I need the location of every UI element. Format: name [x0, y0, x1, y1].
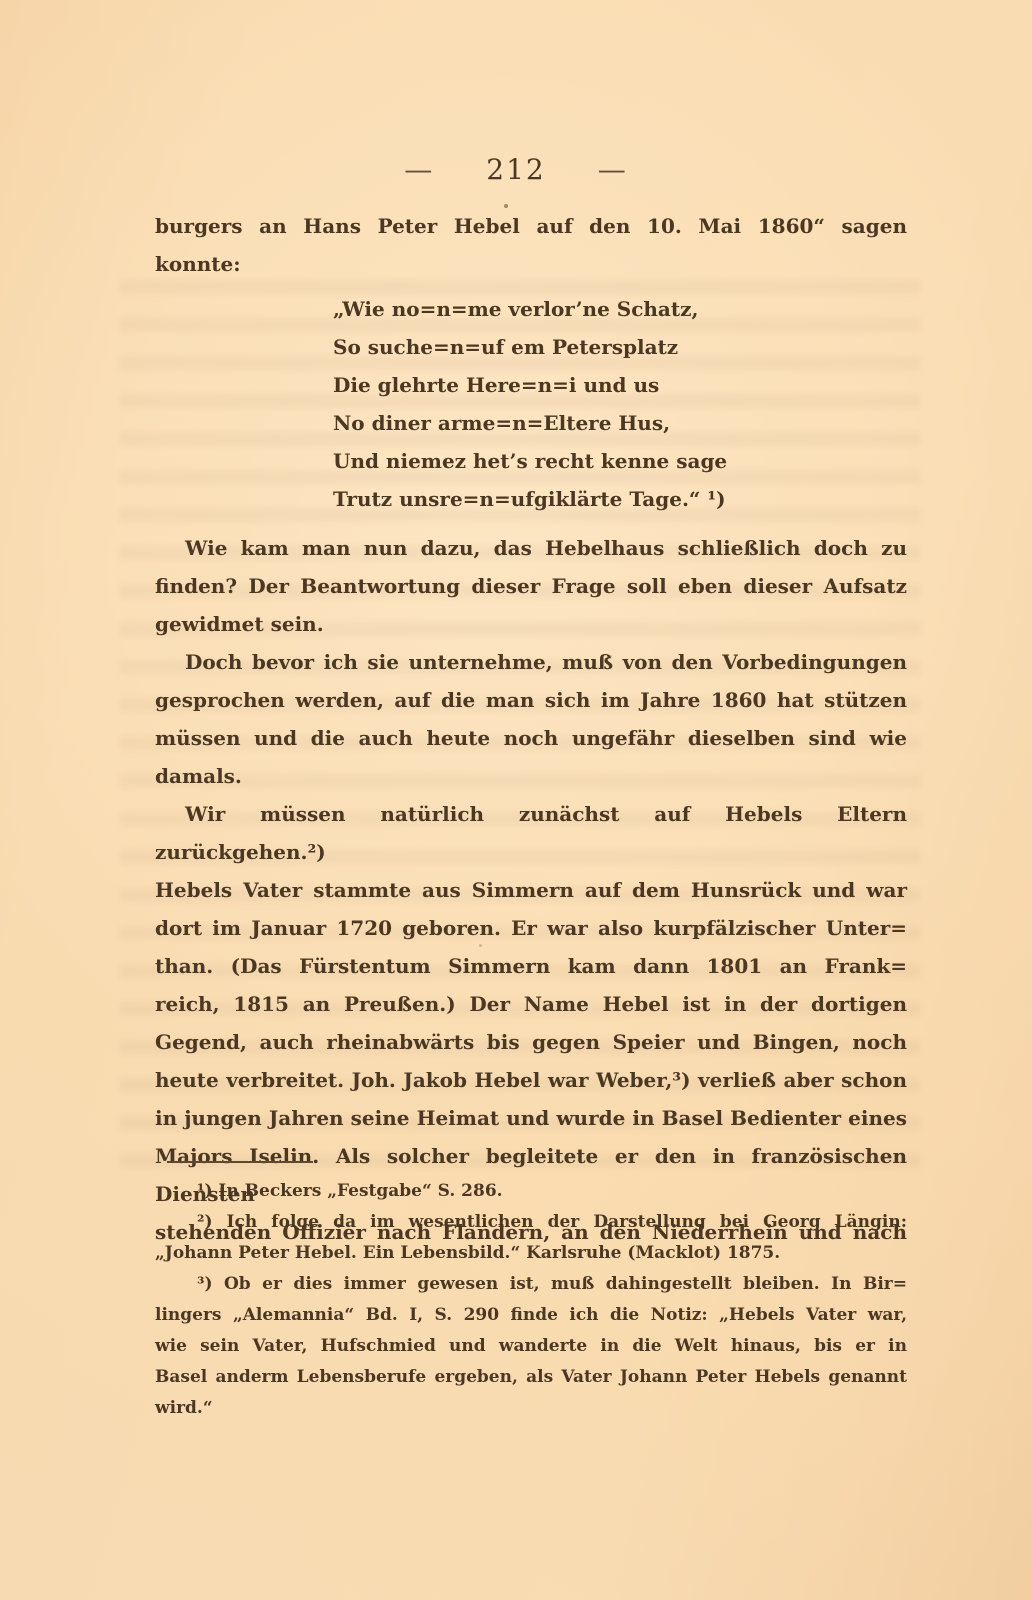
- book-page: — 212 — burgers an Hans Peter Hebel auf …: [0, 0, 1032, 1600]
- footnote-separator-rule: [167, 1161, 313, 1163]
- body-text-verse-line: Trutz unsre=n=ufgiklärte Tage.“ ¹): [155, 480, 907, 518]
- body-text-line: konnte:: [155, 245, 907, 283]
- body-text-verse-line: Und niemez het’s recht kenne sage: [155, 442, 907, 480]
- body-text-verse-line: No diner arme=n=Eltere Hus,: [155, 404, 907, 442]
- body-text-line: dort im Januar 1720 geboren. Er war also…: [155, 909, 907, 947]
- header-dash-right: —: [598, 153, 628, 186]
- body-text-line: in jungen Jahren seine Heimat und wurde …: [155, 1099, 907, 1137]
- body-text-verse-line: „Wie no=n=me verlor’ne Schatz,: [155, 290, 907, 328]
- footnote-line: wie sein Vater, Hufschmied und wanderte …: [155, 1331, 907, 1362]
- footnote-line: Basel anderm Lebensberufe ergeben, als V…: [155, 1362, 907, 1393]
- body-text-line: than. (Das Fürstentum Simmern kam dann 1…: [155, 947, 907, 985]
- body-text-line: Gegend, auch rheinabwärts bis gegen Spei…: [155, 1023, 907, 1061]
- body-text-line: finden? Der Beantwortung dieser Frage so…: [155, 567, 907, 605]
- body-text-line: heute verbreitet. Joh. Jakob Hebel war W…: [155, 1061, 907, 1099]
- body-text-line: Hebels Vater stammte aus Simmern auf dem…: [155, 871, 907, 909]
- body-text-verse-line: So suche=n=uf em Petersplatz: [155, 328, 907, 366]
- body-text-line: reich, 1815 an Preußen.) Der Name Hebel …: [155, 985, 907, 1023]
- footnote-line: „Johann Peter Hebel. Ein Lebensbild.“ Ka…: [155, 1238, 907, 1269]
- footnote-line: ²) Ich folge da im wesentlichen der Dars…: [155, 1207, 907, 1238]
- footnote-line: wird.“: [155, 1393, 907, 1424]
- page-number: 212: [486, 153, 545, 186]
- body-text-line: Wie kam man nun dazu, das Hebelhaus schl…: [155, 529, 907, 567]
- body-text-line: Doch bevor ich sie unternehme, muß von d…: [155, 643, 907, 681]
- header-dash-left: —: [404, 153, 434, 186]
- footnote-line: ¹) In Beckers „Festgabe“ S. 286.: [155, 1176, 907, 1207]
- footnote-line: lingers „Alemannia“ Bd. I, S. 290 finde …: [155, 1300, 907, 1331]
- page-header: — 212 —: [0, 153, 1032, 186]
- main-text-block: burgers an Hans Peter Hebel auf den 10. …: [155, 207, 907, 1251]
- footnote-line: ³) Ob er dies immer gewesen ist, muß dah…: [155, 1269, 907, 1300]
- body-text-line: Wir müssen natürlich zunächst auf Hebels…: [155, 795, 907, 871]
- body-text-line: müssen und die auch heute noch ungefähr …: [155, 719, 907, 795]
- body-text-line: burgers an Hans Peter Hebel auf den 10. …: [155, 207, 907, 245]
- footnotes-block: ¹) In Beckers „Festgabe“ S. 286.²) Ich f…: [155, 1176, 907, 1424]
- body-text-line: gesprochen werden, auf die man sich im J…: [155, 681, 907, 719]
- body-text-verse-line: Die glehrte Here=n=i und us: [155, 366, 907, 404]
- body-text-line: gewidmet sein.: [155, 605, 907, 643]
